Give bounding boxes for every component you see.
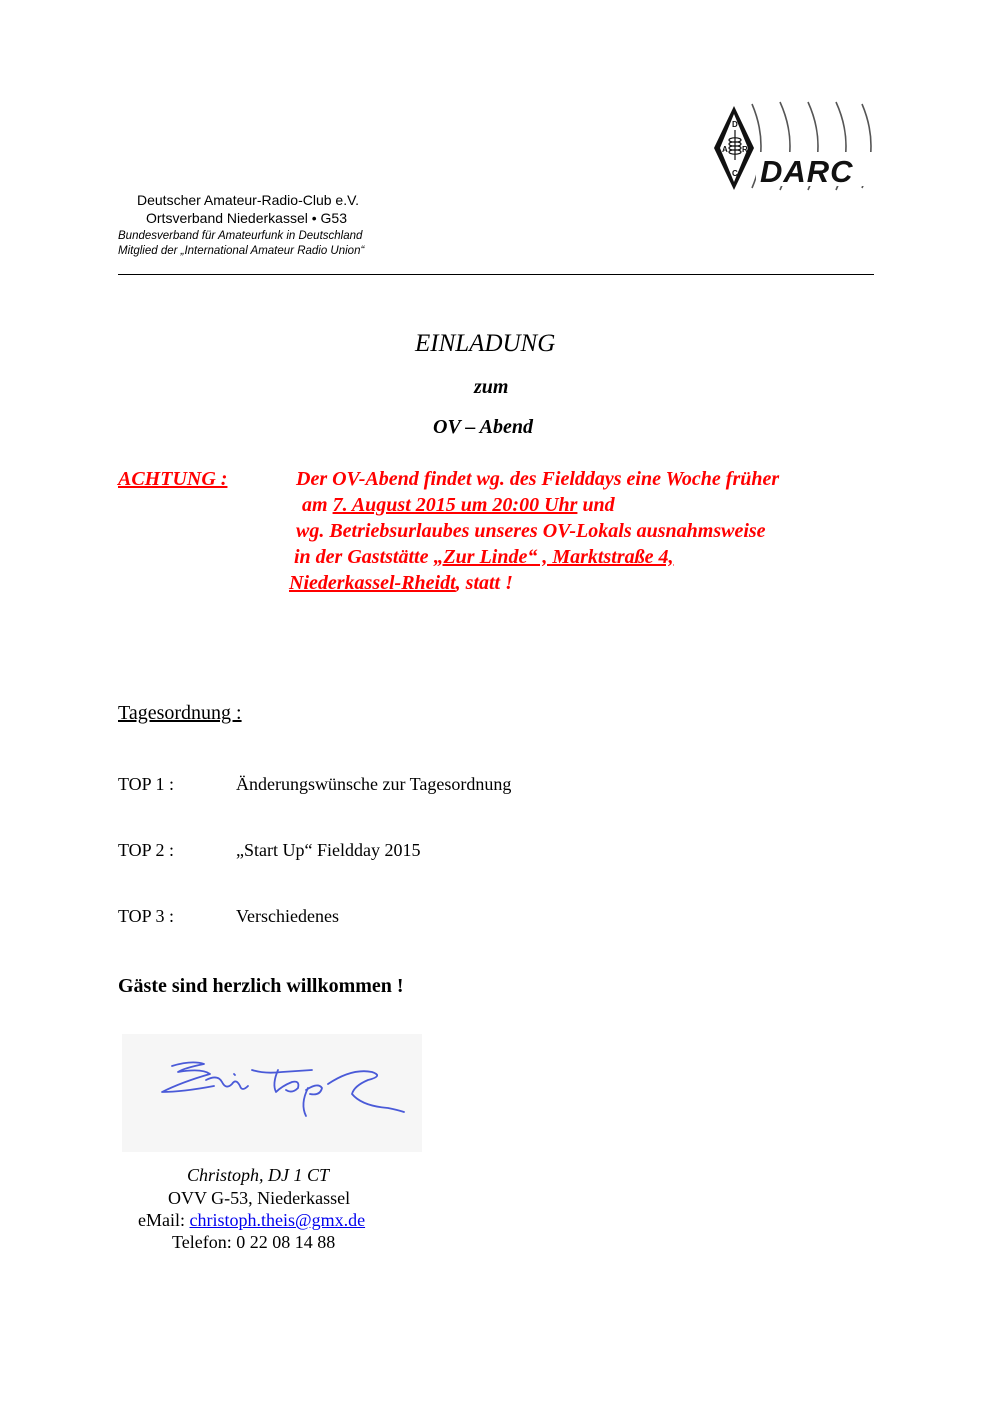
handwritten-signature-icon [122, 1034, 422, 1152]
agenda-heading: Tagesordnung : [118, 702, 242, 725]
agenda-item-label: TOP 3 : [118, 906, 174, 927]
svg-text:DARC: DARC [760, 154, 854, 189]
notice-line-3: wg. Betriebsurlaubes unseres OV-Lokals a… [296, 520, 766, 543]
agenda-item-label: TOP 2 : [118, 840, 174, 861]
agenda-item-label: TOP 1 : [118, 774, 174, 795]
event-name: OV – Abend [433, 416, 533, 439]
local-chapter: Ortsverband Niederkassel • G53 [146, 210, 347, 226]
svg-text:D: D [732, 120, 738, 129]
notice-date-suffix: und [577, 494, 614, 516]
agenda-item-text: Änderungswünsche zur Tagesordnung [236, 774, 511, 795]
guests-welcome: Gäste sind herzlich willkommen ! [118, 975, 404, 998]
signature-image [122, 1034, 422, 1152]
signer-role: OVV G-53, Niederkassel [168, 1188, 350, 1209]
notice-venue: „Zur Linde“ , Marktstraße 4, [433, 546, 673, 568]
darc-logo: D A R C DARC [708, 100, 878, 192]
signer-email-line: eMail: christoph.theis@gmx.de [138, 1210, 365, 1231]
notice-date-prefix: am [302, 494, 333, 516]
email-link[interactable]: christoph.theis@gmx.de [190, 1210, 366, 1230]
invitation-title: EINLADUNG [415, 330, 555, 358]
notice-line-4: in der Gaststätte „Zur Linde“ , Marktstr… [294, 546, 673, 569]
email-label: eMail: [138, 1210, 190, 1230]
notice-line-5: Niederkassel-Rheidt, statt ! [289, 572, 513, 595]
notice-date: 7. August 2015 um 20:00 Uhr [333, 494, 578, 516]
notice-place-suffix: , statt ! [456, 572, 513, 594]
agenda-item-text: Verschiedenes [236, 906, 339, 927]
club-name: Deutscher Amateur-Radio-Club e.V. [137, 192, 359, 208]
signer-name: Christoph, DJ 1 CT [187, 1165, 329, 1186]
svg-text:R: R [742, 145, 748, 154]
darc-antenna-logo-icon: D A R C DARC [708, 100, 878, 192]
svg-text:C: C [732, 169, 738, 178]
agenda-item-text: „Start Up“ Fieldday 2015 [236, 840, 420, 861]
notice-venue-prefix: in der Gaststätte [294, 546, 433, 568]
header-divider [118, 274, 874, 275]
svg-text:A: A [722, 145, 728, 154]
notice-line-1: Der OV-Abend findet wg. des Fielddays ei… [296, 468, 779, 491]
signer-phone: Telefon: 0 22 08 14 88 [172, 1232, 335, 1253]
federation-line: Bundesverband für Amateurfunk in Deutsch… [118, 230, 362, 242]
notice-place: Niederkassel-Rheidt [289, 572, 456, 594]
membership-line: Mitglied der „International Amateur Radi… [118, 245, 364, 257]
invitation-subtitle: zum [474, 376, 508, 399]
notice-line-2: am 7. August 2015 um 20:00 Uhr und [302, 494, 615, 517]
notice-label: ACHTUNG : [118, 468, 227, 491]
